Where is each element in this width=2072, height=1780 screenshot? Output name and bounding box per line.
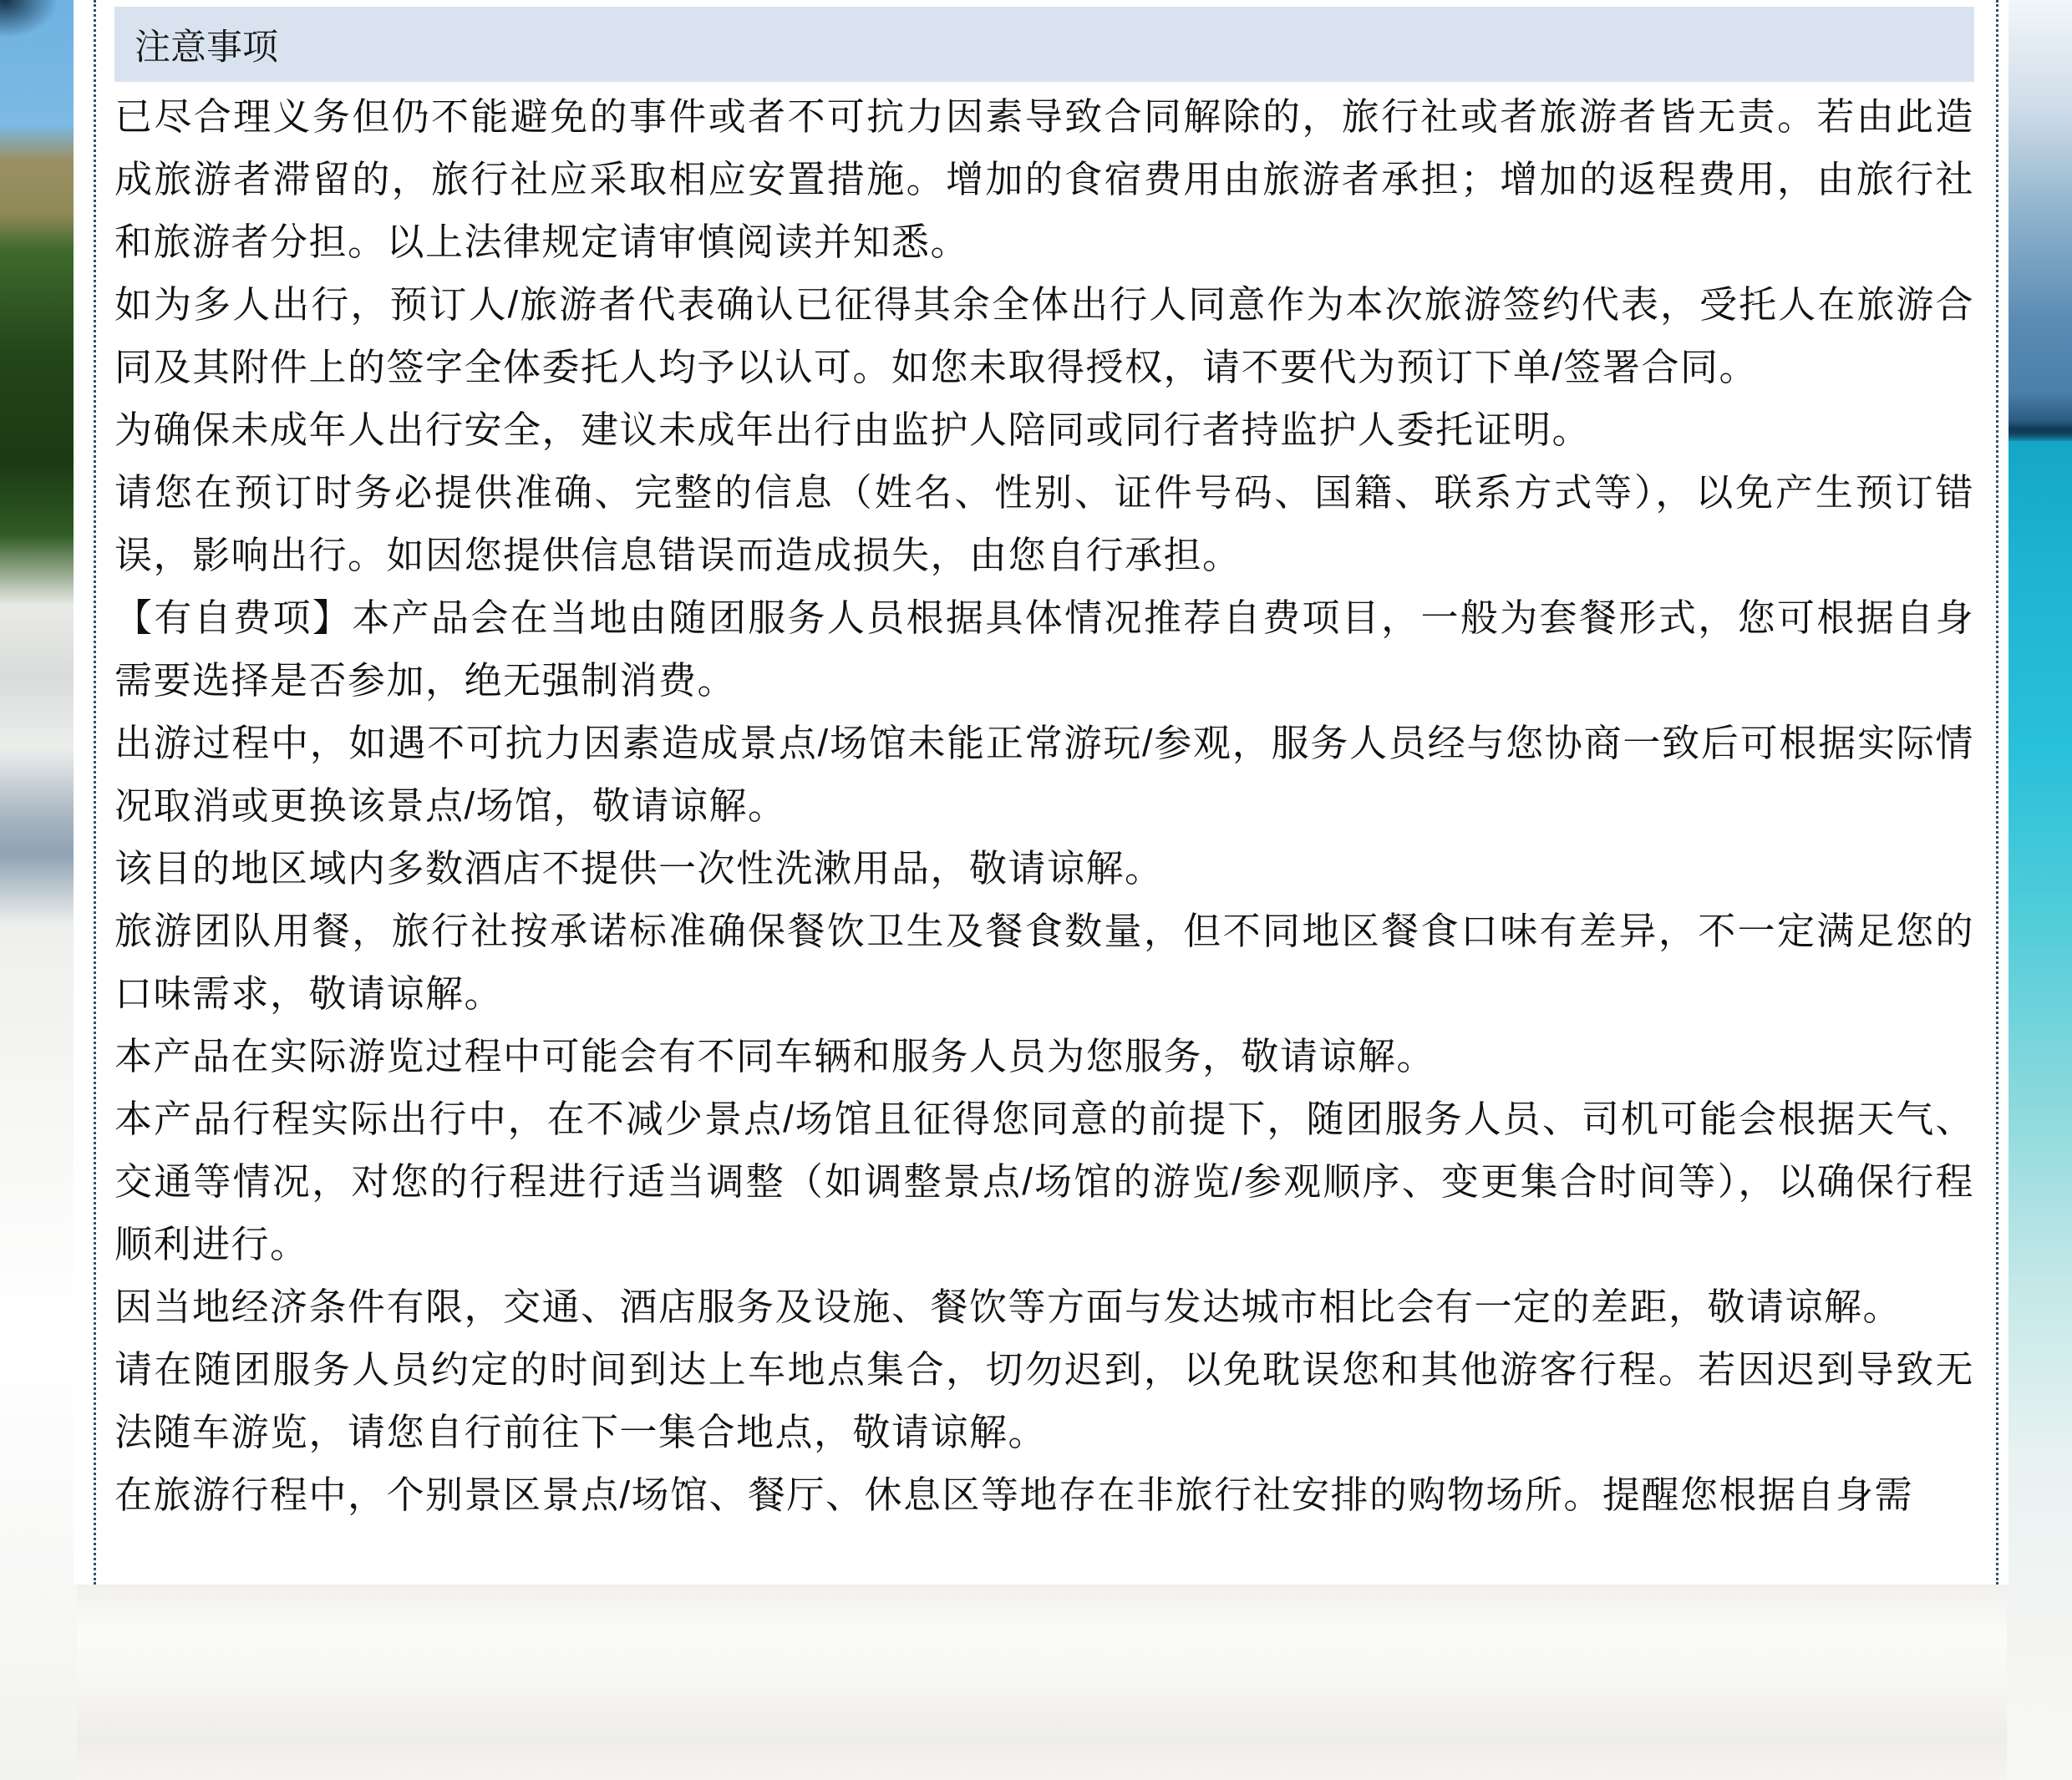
background-photo-left-strip (0, 0, 77, 1780)
note-paragraph: 已尽合理义务但仍不能避免的事件或者不可抗力因素导致合同解除的，旅行社或者旅游者皆… (114, 85, 1974, 273)
note-paragraph: 在旅游行程中，个别景区景点/场馆、餐厅、休息区等地存在非旅行社安排的购物场所。提… (114, 1463, 1974, 1526)
background-photo-right-strip (2007, 0, 2072, 1780)
note-paragraph: 该目的地区域内多数酒店不提供一次性洗漱用品，敬请谅解。 (114, 837, 1974, 900)
note-paragraph: 如为多人出行，预订人/旅游者代表确认已征得其余全体出行人同意作为本次旅游签约代表… (114, 273, 1974, 398)
pier-silhouette (2007, 424, 2072, 441)
content-panel: 注意事项 已尽合理义务但仍不能避免的事件或者不可抗力因素导致合同解除的，旅行社或… (74, 0, 2009, 1585)
note-paragraph: 为确保未成年人出行安全，建议未成年出行由监护人陪同或同行者持监护人委托证明。 (114, 398, 1974, 461)
content-panel-inner: 注意事项 已尽合理义务但仍不能避免的事件或者不可抗力因素导致合同解除的，旅行社或… (94, 0, 1998, 1585)
note-paragraph: 请您在预订时务必提供准确、完整的信息（姓名、性别、证件号码、国籍、联系方式等），… (114, 461, 1974, 586)
note-paragraph: 旅游团队用餐，旅行社按承诺标准确保餐饮卫生及餐食数量，但不同地区餐食口味有差异，… (114, 900, 1974, 1025)
section-title: 注意事项 (135, 19, 278, 70)
note-paragraph: 因当地经济条件有限，交通、酒店服务及设施、餐饮等方面与发达城市相比会有一定的差距… (114, 1275, 1974, 1338)
background-beach-bottom (77, 1585, 2007, 1780)
note-paragraph: 【有自费项】本产品会在当地由随团服务人员根据具体情况推荐自费项目，一般为套餐形式… (114, 586, 1974, 712)
palm-frond-decoration (0, 0, 58, 38)
notes-text-block: 已尽合理义务但仍不能避免的事件或者不可抗力因素导致合同解除的，旅行社或者旅游者皆… (114, 82, 1974, 1526)
note-paragraph: 本产品在实际游览过程中可能会有不同车辆和服务人员为您服务，敬请谅解。 (114, 1025, 1974, 1088)
note-paragraph: 出游过程中，如遇不可抗力因素造成景点/场馆未能正常游玩/参观，服务人员经与您协商… (114, 712, 1974, 837)
note-paragraph: 请在随团服务人员约定的时间到达上车地点集合，切勿迟到，以免耽误您和其他游客行程。… (114, 1338, 1974, 1463)
note-paragraph: 本产品行程实际出行中，在不减少景点/场馆且征得您同意的前提下，随团服务人员、司机… (114, 1088, 1974, 1275)
section-header: 注意事项 (114, 7, 1974, 82)
